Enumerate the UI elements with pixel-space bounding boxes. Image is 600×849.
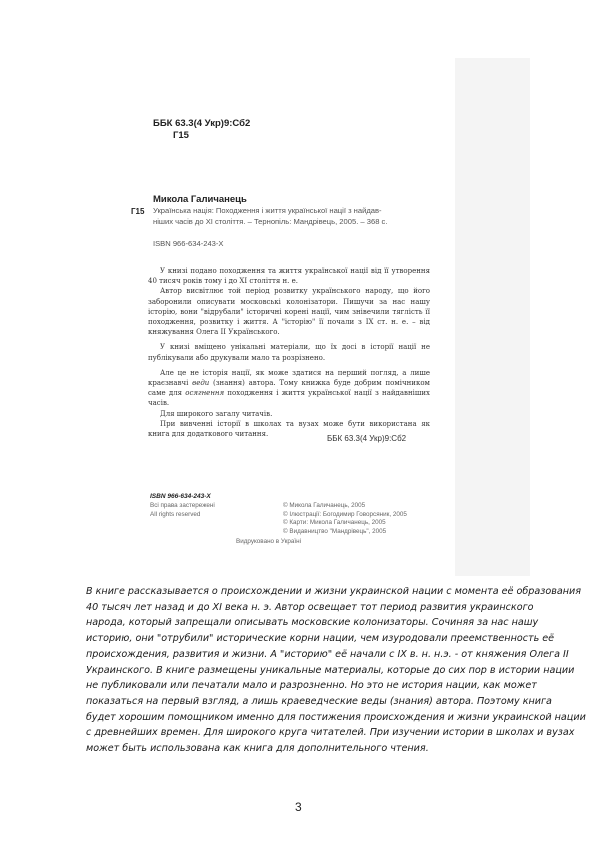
description-line: происхождения, развития и жизни. А "исто… — [86, 647, 556, 663]
annotation-paragraph: Але це не історія нації, як може здатися… — [148, 368, 430, 409]
description-line: не публиковали или печатали мало и разро… — [86, 678, 556, 694]
description-line: 40 тысяч лет назад и до XI века н. э. Ав… — [86, 600, 556, 616]
isbn: ISBN 966-634-243-X — [153, 239, 224, 248]
copyright-line: © Карти: Микола Галичанець, 2005 — [283, 519, 407, 528]
copyright-line: © Ілюстрації: Богодимир Говорсяник, 2005 — [283, 511, 407, 520]
paragraph-text: У книзі вміщено унікальні матеріали, що … — [148, 343, 430, 361]
description-line: историю, они "отрубили" исторические кор… — [86, 631, 556, 647]
description-line: показаться на первый взгляд, а лишь крае… — [86, 694, 556, 710]
annotation-paragraph: У книзі подано походження та життя украї… — [148, 266, 430, 286]
bibliography-line: ніших часів до XI століття. – Тернопіль:… — [153, 217, 473, 228]
description-line: народа, который запрещали описывать моск… — [86, 615, 556, 631]
annotation: У книзі подано походження та життя украї… — [148, 266, 430, 439]
bibliographic-record: Українська нація: Походження і життя укр… — [153, 206, 473, 227]
copyright-line: © Микола Галичанець, 2005 — [283, 502, 407, 511]
index-code-side: Г15 — [131, 207, 144, 216]
rights-line: All rights reserved — [150, 511, 215, 520]
bibliography-line: Українська нація: Походження і життя укр… — [153, 206, 473, 217]
bbk-classification: ББК 63.3(4 Укр)9:Сб2 Г15 — [153, 118, 250, 142]
paragraph-text: Для широкого загалу читачів. — [160, 410, 272, 418]
description-line: будет хорошим помощником именно для пост… — [86, 710, 556, 726]
page-number: 3 — [295, 800, 302, 814]
author-name: Микола Галичанець — [153, 194, 247, 205]
index-code: Г15 — [153, 130, 250, 142]
emphasis-text: веди — [192, 379, 209, 387]
emphasis-text: осягнення — [185, 389, 224, 397]
copyright-list: © Микола Галичанець, 2005 © Ілюстрації: … — [283, 502, 407, 536]
paragraph-text: У книзі подано походження та життя украї… — [148, 267, 430, 285]
scan-shadow-column — [455, 58, 530, 576]
bbk-code-bottom: ББК 63.3(4 Укр)9:Сб2 — [327, 434, 406, 443]
description-line: с древнейших времен. Для широкого круга … — [86, 725, 556, 741]
bbk-code: ББК 63.3(4 Укр)9:Сб2 — [153, 118, 250, 129]
isbn-bottom: ISBN 966-634-243-X — [150, 493, 211, 500]
copyright-line: © Видавництво "Мандрівець", 2005 — [283, 528, 407, 537]
description-line: Украинского. В книге размещены уникальны… — [86, 663, 556, 679]
rights-line: Всі права застережені — [150, 502, 215, 511]
book-description: В книге рассказывается о происхождении и… — [86, 584, 556, 757]
paragraph-text: Автор висвітлює той період розвитку укра… — [148, 287, 430, 336]
annotation-paragraph: Автор висвітлює той період розвитку укра… — [148, 286, 430, 337]
printed-in: Видруковано в Україні — [236, 538, 301, 545]
annotation-paragraph: У книзі вміщено унікальні матеріали, що … — [148, 342, 430, 362]
description-line: В книге рассказывается о происхождении и… — [86, 584, 556, 600]
annotation-paragraph: Для широкого загалу читачів. — [148, 409, 430, 419]
description-line: может быть использована как книга для до… — [86, 741, 556, 757]
rights-notice: Всі права застережені All rights reserve… — [150, 502, 215, 519]
